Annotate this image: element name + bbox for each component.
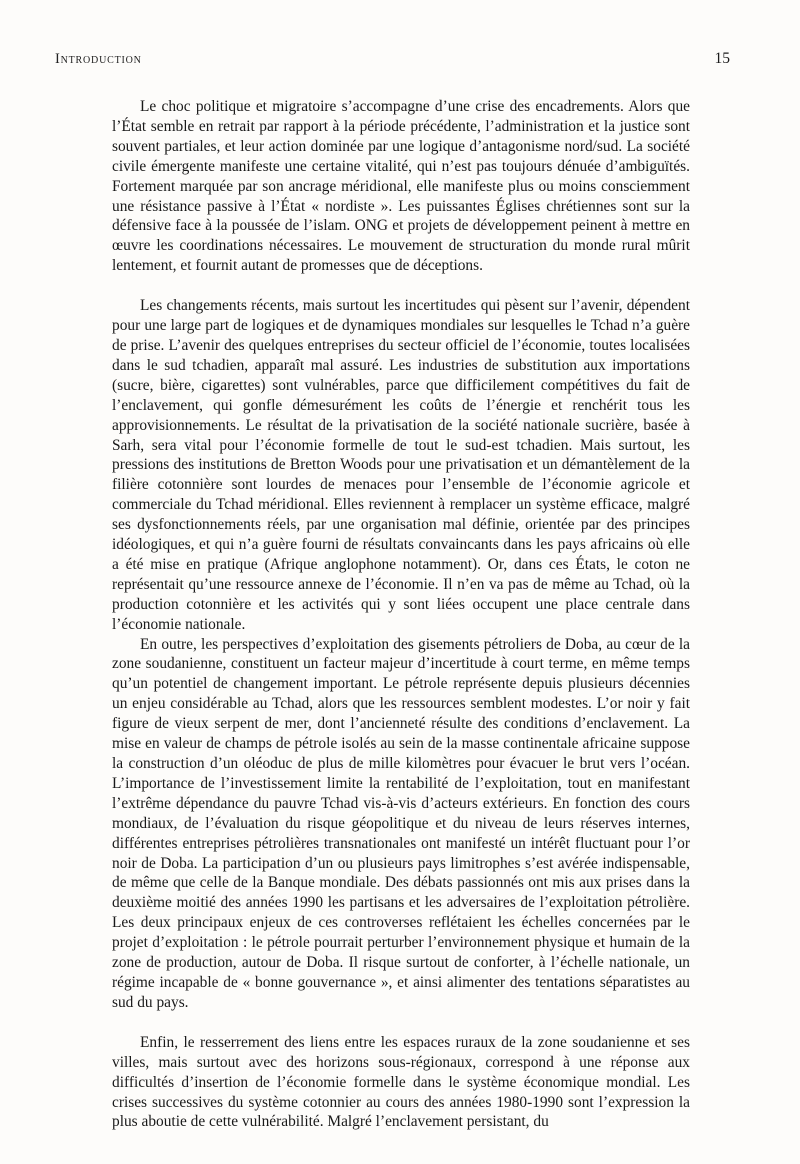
paragraph-3: En outre, les perspectives d’exploitatio… (112, 635, 690, 1013)
paragraph-2: Les changements récents, mais surtout le… (112, 296, 690, 634)
section-title: Introduction (55, 51, 142, 68)
book-page: Introduction 15 Le choc politique et mig… (0, 0, 800, 1164)
running-header: Introduction 15 (55, 50, 730, 68)
page-number: 15 (715, 50, 731, 68)
paragraph-1: Le choc politique et migratoire s’accomp… (112, 97, 690, 276)
body-text: Le choc politique et migratoire s’accomp… (112, 97, 690, 1132)
paragraph-4: Enfin, le resserrement des liens entre l… (112, 1033, 690, 1133)
